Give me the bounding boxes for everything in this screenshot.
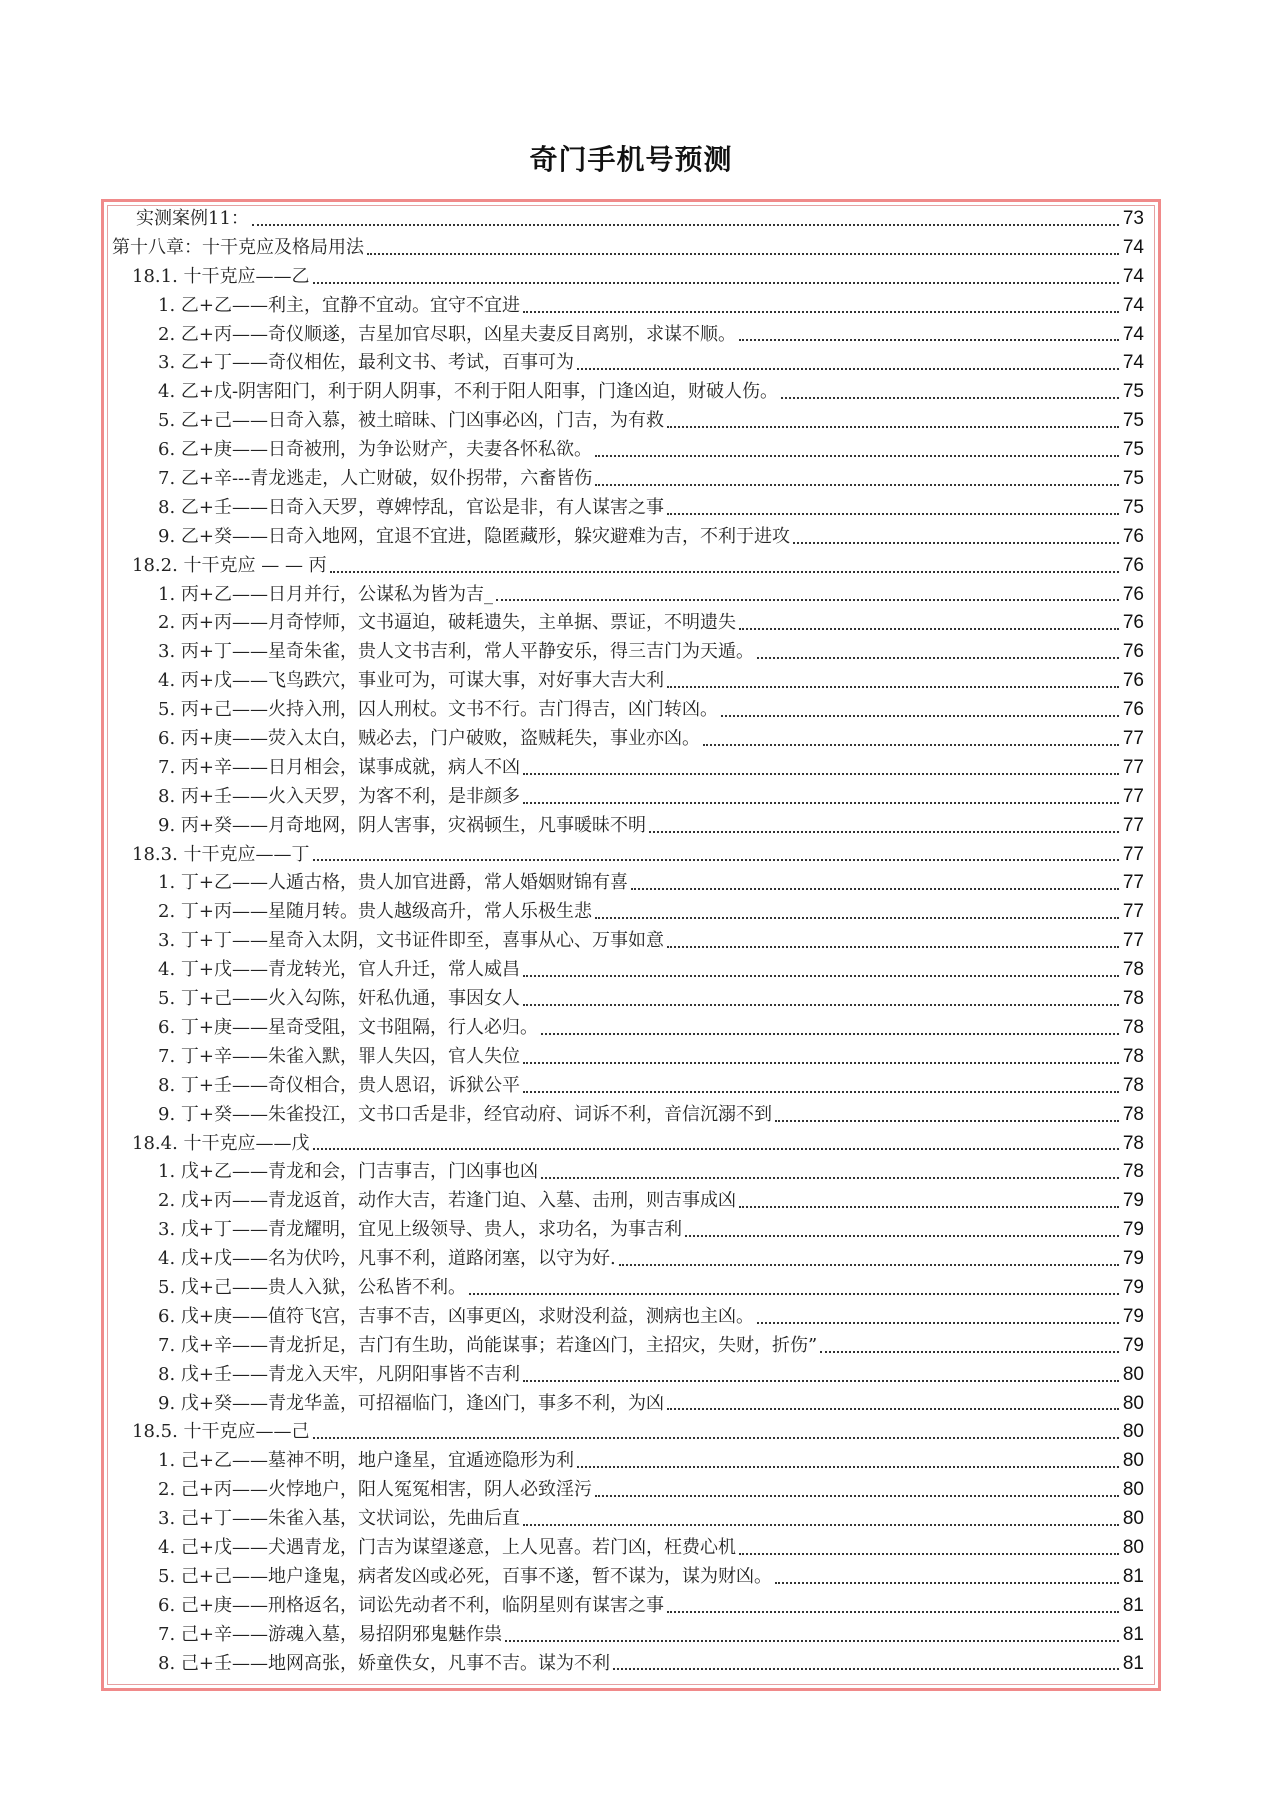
toc-entry-page-number: 77 (1122, 869, 1144, 898)
toc-entry-page-number: 79 (1122, 1274, 1144, 1303)
toc-entry-title: 1. 戊+乙——青龙和会，门吉事吉，门凶事也凶 (158, 1158, 538, 1187)
toc-entry-title: 18.1. 十干克应——乙 (132, 263, 310, 292)
dot-leader (739, 628, 1119, 630)
toc-entry-page-number: 74 (1122, 349, 1144, 378)
dot-leader (667, 1611, 1119, 1613)
toc-entry-page-number: 78 (1122, 985, 1144, 1014)
toc-entry-page-number: 78 (1122, 956, 1144, 985)
toc-entry-title: 2. 戊+丙——青龙返首，动作大吉，若逢门迫、入墓、击刑，则吉事成凶 (158, 1187, 736, 1216)
dot-leader (820, 1351, 1119, 1353)
toc-entry[interactable]: 5. 戊+己——贵人入狱，公私皆不利。 79 (112, 1274, 1144, 1303)
toc-entry-title: 2. 丙+丙——月奇悖师，文书逼迫，破耗遗失，主单据、票证，不明遗失 (158, 609, 736, 638)
dot-leader (781, 397, 1119, 399)
toc-entry-page-number: 75 (1122, 465, 1144, 494)
toc-entry[interactable]: 18.4. 十干克应——戊 78 (112, 1130, 1144, 1159)
toc-entry[interactable]: 2. 戊+丙——青龙返首，动作大吉，若逢门迫、入墓、击刑，则吉事成凶 79 (112, 1187, 1144, 1216)
toc-entry[interactable]: 18.1. 十干克应——乙 74 (112, 263, 1144, 292)
toc-entry[interactable]: 9. 丁+癸——朱雀投江，文书口舌是非，经官动府、词诉不利，音信沉溺不到 78 (112, 1101, 1144, 1130)
toc-entry[interactable]: 3. 乙+丁——奇仪相佐，最利文书、考试，百事可为 74 (112, 349, 1144, 378)
toc-entry[interactable]: 9. 乙+癸——日奇入地网，宜退不宜进，隐匿藏形，躲灾避难为吉，不利于进攻 76 (112, 523, 1144, 552)
toc-entry[interactable]: 2. 己+丙——火悖地户，阳人冤冤相害，阴人必致淫污 80 (112, 1476, 1144, 1505)
dot-leader (367, 253, 1119, 255)
toc-entry[interactable]: 7. 丙+辛——日月相会，谋事成就，病人不凶 77 (112, 754, 1144, 783)
toc-entry-page-number: 81 (1122, 1563, 1144, 1592)
toc-entry-page-number: 80 (1122, 1361, 1144, 1390)
dot-leader (541, 1033, 1119, 1035)
toc-entry[interactable]: 7. 乙+辛---青龙逃走，人亡财破，奴仆拐带，六畜皆伤 75 (112, 465, 1144, 494)
dot-leader (667, 686, 1119, 688)
toc-entry-title: 3. 乙+丁——奇仪相佐，最利文书、考试，百事可为 (158, 349, 574, 378)
toc-entry[interactable]: 8. 丁+壬——奇仪相合，贵人恩诏，诉狱公平 78 (112, 1072, 1144, 1101)
toc-entry-title: 4. 丁+戊——青龙转光，官人升迁，常人威昌 (158, 956, 520, 985)
toc-entry-page-number: 77 (1122, 927, 1144, 956)
toc-entry-title: 1. 丁+乙——人遁古格，贵人加官进爵，常人婚姻财锦有喜 (158, 869, 628, 898)
toc-entry-page-number: 76 (1122, 696, 1144, 725)
dot-leader (469, 1293, 1119, 1295)
toc-entry-title: 6. 丁+庚——星奇受阻，文书阻隔，行人必归。 (158, 1014, 538, 1043)
toc-entry[interactable]: 2. 丁+丙——星随月转。贵人越级高升，常人乐极生悲 77 (112, 898, 1144, 927)
dot-leader (523, 1091, 1119, 1093)
toc-entry-title: 2. 丁+丙——星随月转。贵人越级高升，常人乐极生悲 (158, 898, 592, 927)
dot-leader (757, 1322, 1119, 1324)
toc-entry-title: 5. 丙+己——火持入刑，囚人刑杖。文书不行。吉门得吉，凶门转凶。 (158, 696, 718, 725)
toc-entry-page-number: 78 (1122, 1072, 1144, 1101)
dot-leader (595, 917, 1119, 919)
toc-entry-title: 实测案例11： (136, 205, 249, 234)
toc-entry-page-number: 73 (1122, 205, 1144, 234)
dot-leader (793, 542, 1119, 544)
toc-entry-title: 8. 己+壬——地网高张，娇童佚女，凡事不吉。谋为不利 (158, 1650, 610, 1679)
toc-entry[interactable]: 7. 丁+辛——朱雀入默，罪人失囚，官人失位 78 (112, 1043, 1144, 1072)
toc-entry-title: 18.4. 十干克应——戊 (132, 1130, 310, 1159)
page-title: 奇门手机号预测 (0, 138, 1262, 178)
toc-entry[interactable]: 6. 己+庚——刑格返名，词讼先动者不利，临阴星则有谋害之事 81 (112, 1592, 1144, 1621)
dot-leader (703, 744, 1119, 746)
toc-entry-title: 6. 丙+庚——荧入太白，贼必去，门户破败，盗贼耗失，事业亦凶。 (158, 725, 700, 754)
toc-entry[interactable]: 6. 戊+庚——值符飞宫，吉事不吉，凶事更凶，求财没利益，测病也主凶。 79 (112, 1303, 1144, 1332)
dot-leader (667, 1408, 1119, 1410)
toc-entry-page-number: 77 (1122, 841, 1144, 870)
toc-entry-title: 7. 己+辛——游魂入墓，易招阴邪鬼魅作祟 (158, 1621, 502, 1650)
toc-entry-title: 4. 己+戊——犬遇青龙，门吉为谋望遂意，上人见喜。若门凶，枉费心机 (158, 1534, 736, 1563)
toc-entry-title: 5. 乙+己——日奇入慕，被土暗昧、门凶事必凶，门吉，为有救 (158, 407, 664, 436)
dot-leader (523, 975, 1119, 977)
toc-entry-title: 8. 乙+壬——日奇入天罗，尊婢悖乱，官讼是非，有人谋害之事 (158, 494, 664, 523)
dot-leader (313, 1437, 1119, 1439)
toc-entry-title: 6. 乙+庚——日奇被刑，为争讼财产，夫妻各怀私欲。 (158, 436, 592, 465)
toc-entry[interactable]: 7. 戊+辛——青龙折足，吉门有生助，尚能谋事；若逢凶门，主招灾，失财，折伤” … (112, 1332, 1144, 1361)
toc-entry[interactable]: 8. 戊+壬——青龙入天牢，凡阴阳事皆不吉利 80 (112, 1361, 1144, 1390)
toc-entry[interactable]: 5. 乙+己——日奇入慕，被土暗昧、门凶事必凶，门吉，为有救 75 (112, 407, 1144, 436)
toc-entry-page-number: 79 (1122, 1303, 1144, 1332)
toc-entry-title: 2. 乙+丙——奇仪顺遂，吉星加官尽职，凶星夫妻反目离别，求谋不顺。 (158, 321, 736, 350)
dot-leader (523, 1004, 1119, 1006)
dot-leader (595, 1495, 1119, 1497)
toc-entry-title: 9. 乙+癸——日奇入地网，宜退不宜进，隐匿藏形，躲灾避难为吉，不利于进攻 (158, 523, 790, 552)
dot-leader (496, 599, 1119, 601)
toc-entry-page-number: 74 (1122, 234, 1144, 263)
toc-entry-title: 1. 己+乙——墓神不明，地户逢星，宜遁迹隐形为利 (158, 1447, 574, 1476)
dot-leader (667, 426, 1119, 428)
toc-entry[interactable]: 4. 戊+戊——名为伏吟，凡事不利，道路闭塞，以守为好. 79 (112, 1245, 1144, 1274)
toc-entry[interactable]: 2. 丙+丙——月奇悖师，文书逼迫，破耗遗失，主单据、票证，不明遗失 76 (112, 609, 1144, 638)
toc-entry-title: 4. 乙+戊-阴害阳门，利于阴人阴事，不利于阳人阳事，门逢凶迫，财破人伤。 (158, 378, 778, 407)
toc-entry-page-number: 74 (1122, 263, 1144, 292)
toc-entry[interactable]: 5. 丁+己——火入勾陈，奸私仇通，事因女人 78 (112, 985, 1144, 1014)
toc-entry[interactable]: 18.3. 十干克应——丁 77 (112, 841, 1144, 870)
toc-entry-page-number: 80 (1122, 1505, 1144, 1534)
dot-leader (739, 339, 1119, 341)
dot-leader (739, 1553, 1119, 1555)
table-of-contents-frame: 实测案例11： 73 第十八章：十干克应及格局用法 74 18.1. 十干克应—… (101, 199, 1161, 1691)
toc-entry-page-number: 80 (1122, 1534, 1144, 1563)
toc-entry-page-number: 77 (1122, 812, 1144, 841)
toc-entry-page-number: 77 (1122, 783, 1144, 812)
toc-entry[interactable]: 3. 丙+丁——星奇朱雀，贵人文书吉利，常人平静安乐，得三吉门为天遁。 76 (112, 638, 1144, 667)
toc-entry-page-number: 78 (1122, 1130, 1144, 1159)
dot-leader (577, 368, 1119, 370)
toc-entry[interactable]: 9. 戊+癸——青龙华盖，可招福临门，逢凶门，事多不利，为凶 80 (112, 1390, 1144, 1419)
toc-entry[interactable]: 8. 丙+壬——火入天罗，为客不利，是非颜多 77 (112, 783, 1144, 812)
dot-leader (541, 1177, 1119, 1179)
toc-entry[interactable]: 3. 己+丁——朱雀入基，文状词讼，先曲后直 80 (112, 1505, 1144, 1534)
toc-entry[interactable]: 2. 乙+丙——奇仪顺遂，吉星加官尽职，凶星夫妻反目离别，求谋不顺。 74 (112, 321, 1144, 350)
dot-leader (667, 946, 1119, 948)
toc-entry[interactable]: 6. 丁+庚——星奇受阻，文书阻隔，行人必归。 78 (112, 1014, 1144, 1043)
dot-leader (313, 1148, 1119, 1150)
toc-entry-page-number: 81 (1122, 1621, 1144, 1650)
toc-entry-title: 9. 戊+癸——青龙华盖，可招福临门，逢凶门，事多不利，为凶 (158, 1390, 664, 1419)
toc-entry-title: 9. 丁+癸——朱雀投江，文书口舌是非，经官动府、词诉不利，音信沉溺不到 (158, 1101, 772, 1130)
toc-entry[interactable]: 18.5. 十干克应——己 80 (112, 1418, 1144, 1447)
toc-entry-page-number: 77 (1122, 725, 1144, 754)
toc-entry-title: 2. 己+丙——火悖地户，阳人冤冤相害，阴人必致淫污 (158, 1476, 592, 1505)
toc-entry[interactable]: 4. 己+戊——犬遇青龙，门吉为谋望遂意，上人见喜。若门凶，枉费心机 80 (112, 1534, 1144, 1563)
dot-leader (619, 1264, 1119, 1266)
toc-entry-title: 3. 丙+丁——星奇朱雀，贵人文书吉利，常人平静安乐，得三吉门为天遁。 (158, 638, 754, 667)
toc-entry-title: 3. 丁+丁——星奇入太阴，文书证件即至，喜事从心、万事如意 (158, 927, 664, 956)
dot-leader (757, 657, 1119, 659)
toc-entry-page-number: 74 (1122, 321, 1144, 350)
toc-entry[interactable]: 18.2. 十干克应 — — 丙 76 (112, 552, 1144, 581)
toc-entry[interactable]: 4. 丁+戊——青龙转光，官人升迁，常人威昌 78 (112, 956, 1144, 985)
toc-entry-page-number: 75 (1122, 436, 1144, 465)
toc-entry[interactable]: 第十八章：十干克应及格局用法 74 (112, 234, 1144, 263)
dot-leader (577, 1466, 1119, 1468)
toc-entry-title: 3. 己+丁——朱雀入基，文状词讼，先曲后直 (158, 1505, 520, 1534)
toc-entry[interactable]: 6. 丙+庚——荧入太白，贼必去，门户破败，盗贼耗失，事业亦凶。 77 (112, 725, 1144, 754)
dot-leader (330, 571, 1119, 573)
toc-entry[interactable]: 9. 丙+癸——月奇地网，阴人害事，灾祸顿生，凡事暖昧不明 77 (112, 812, 1144, 841)
toc-entry-title: 8. 戊+壬——青龙入天牢，凡阴阳事皆不吉利 (158, 1361, 520, 1390)
dot-leader (523, 311, 1119, 313)
toc-entry[interactable]: 1. 乙+乙——利主，宜静不宜动。宜守不宜进 74 (112, 292, 1144, 321)
toc-entry-title: 4. 丙+戊——飞鸟跌穴，事业可为，可谋大事，对好事大吉大利 (158, 667, 664, 696)
toc-entry-title: 6. 己+庚——刑格返名，词讼先动者不利，临阴星则有谋害之事 (158, 1592, 664, 1621)
toc-entry-page-number: 79 (1122, 1187, 1144, 1216)
toc-entry[interactable]: 1. 戊+乙——青龙和会，门吉事吉，门凶事也凶 78 (112, 1158, 1144, 1187)
toc-entry-page-number: 79 (1122, 1245, 1144, 1274)
toc-entry-title: 18.3. 十干克应——丁 (132, 841, 310, 870)
toc-entry-title: 4. 戊+戊——名为伏吟，凡事不利，道路闭塞，以守为好. (158, 1245, 616, 1274)
toc-entry-title: 5. 戊+己——贵人入狱，公私皆不利。 (158, 1274, 466, 1303)
toc-entry[interactable]: 7. 己+辛——游魂入墓，易招阴邪鬼魅作祟 81 (112, 1621, 1144, 1650)
toc-entry[interactable]: 3. 戊+丁——青龙耀明，宜见上级领导、贵人，求功名，为事吉利 79 (112, 1216, 1144, 1245)
toc-entry-page-number: 79 (1122, 1216, 1144, 1245)
dot-leader (523, 773, 1119, 775)
toc-entry-page-number: 79 (1122, 1332, 1144, 1361)
dot-leader (613, 1668, 1119, 1670)
toc-entry-title: 7. 丁+辛——朱雀入默，罪人失囚，官人失位 (158, 1043, 520, 1072)
toc-entry[interactable]: 5. 己+己——地户逢鬼，病者发凶或必死，百事不遂，暂不谋为，谋为财凶。 81 (112, 1563, 1144, 1592)
toc-entry-title: 1. 丙+乙——日月并行，公谋私为皆为吉_ (158, 581, 493, 610)
dot-leader (313, 859, 1119, 861)
toc-entry-title: 3. 戊+丁——青龙耀明，宜见上级领导、贵人，求功名，为事吉利 (158, 1216, 682, 1245)
toc-entry[interactable]: 实测案例11： 73 (112, 205, 1144, 234)
toc-entry-page-number: 80 (1122, 1390, 1144, 1419)
dot-leader (739, 1206, 1119, 1208)
dot-leader (595, 455, 1119, 457)
toc-entry[interactable]: 5. 丙+己——火持入刑，囚人刑杖。文书不行。吉门得吉，凶门转凶。 76 (112, 696, 1144, 725)
toc-entry-page-number: 78 (1122, 1014, 1144, 1043)
toc-entry-page-number: 81 (1122, 1650, 1144, 1679)
toc-entry-page-number: 76 (1122, 638, 1144, 667)
toc-entry[interactable]: 3. 丁+丁——星奇入太阴，文书证件即至，喜事从心、万事如意 77 (112, 927, 1144, 956)
toc-entry-title: 18.5. 十干克应——己 (132, 1418, 310, 1447)
dot-leader (523, 1380, 1119, 1382)
dot-leader (523, 1062, 1119, 1064)
dot-leader (649, 831, 1119, 833)
dot-leader (775, 1120, 1119, 1122)
dot-leader (313, 282, 1119, 284)
toc-entry-page-number: 81 (1122, 1592, 1144, 1621)
toc-entry[interactable]: 1. 己+乙——墓神不明，地户逢星，宜遁迹隐形为利 80 (112, 1447, 1144, 1476)
dot-leader (523, 1524, 1119, 1526)
toc-entry-page-number: 77 (1122, 898, 1144, 927)
toc-entry-page-number: 80 (1122, 1418, 1144, 1447)
toc-entry[interactable]: 8. 己+壬——地网高张，娇童佚女，凡事不吉。谋为不利 81 (112, 1650, 1144, 1679)
toc-entry-title: 8. 丙+壬——火入天罗，为客不利，是非颜多 (158, 783, 520, 812)
toc-entry[interactable]: 8. 乙+壬——日奇入天罗，尊婢悖乱，官讼是非，有人谋害之事 75 (112, 494, 1144, 523)
toc-entry-page-number: 80 (1122, 1447, 1144, 1476)
toc-entry-title: 1. 乙+乙——利主，宜静不宜动。宜守不宜进 (158, 292, 520, 321)
toc-entry[interactable]: 6. 乙+庚——日奇被刑，为争讼财产，夫妻各怀私欲。 75 (112, 436, 1144, 465)
toc-entry-page-number: 76 (1122, 552, 1144, 581)
toc-entry-page-number: 80 (1122, 1476, 1144, 1505)
toc-entry[interactable]: 4. 乙+戊-阴害阳门，利于阴人阴事，不利于阳人阳事，门逢凶迫，财破人伤。 75 (112, 378, 1144, 407)
toc-entry-title: 5. 己+己——地户逢鬼，病者发凶或必死，百事不遂，暂不谋为，谋为财凶。 (158, 1563, 772, 1592)
dot-leader (667, 513, 1119, 515)
toc-entry-title: 8. 丁+壬——奇仪相合，贵人恩诏，诉狱公平 (158, 1072, 520, 1101)
dot-leader (505, 1640, 1119, 1642)
dot-leader (252, 224, 1119, 226)
toc-entry-title: 7. 乙+辛---青龙逃走，人亡财破，奴仆拐带，六畜皆伤 (158, 465, 592, 494)
toc-entry-title: 18.2. 十干克应 — — 丙 (132, 552, 327, 581)
dot-leader (721, 715, 1119, 717)
toc-entry[interactable]: 1. 丙+乙——日月并行，公谋私为皆为吉_ 76 (112, 581, 1144, 610)
toc-entry[interactable]: 1. 丁+乙——人遁古格，贵人加官进爵，常人婚姻财锦有喜 77 (112, 869, 1144, 898)
toc-entry-page-number: 76 (1122, 609, 1144, 638)
toc-entry-title: 7. 戊+辛——青龙折足，吉门有生助，尚能谋事；若逢凶门，主招灾，失财，折伤” (158, 1332, 817, 1361)
dot-leader (775, 1582, 1119, 1584)
toc-entry-page-number: 77 (1122, 754, 1144, 783)
toc-entry[interactable]: 4. 丙+戊——飞鸟跌穴，事业可为，可谋大事，对好事大吉大利 76 (112, 667, 1144, 696)
toc-entry-title: 5. 丁+己——火入勾陈，奸私仇通，事因女人 (158, 985, 520, 1014)
dot-leader (523, 802, 1119, 804)
toc-entry-title: 6. 戊+庚——值符飞宫，吉事不吉，凶事更凶，求财没利益，测病也主凶。 (158, 1303, 754, 1332)
dot-leader (685, 1235, 1119, 1237)
toc-entry-page-number: 76 (1122, 523, 1144, 552)
toc-entry-page-number: 78 (1122, 1043, 1144, 1072)
toc-entry-page-number: 76 (1122, 667, 1144, 696)
dot-leader (631, 888, 1119, 890)
toc-entry-page-number: 74 (1122, 292, 1144, 321)
toc-entry-title: 7. 丙+辛——日月相会，谋事成就，病人不凶 (158, 754, 520, 783)
toc-entry-page-number: 78 (1122, 1158, 1144, 1187)
toc-entry-title: 第十八章：十干克应及格局用法 (112, 234, 364, 263)
toc-list: 实测案例11： 73 第十八章：十干克应及格局用法 74 18.1. 十干克应—… (112, 205, 1144, 1678)
toc-entry-page-number: 75 (1122, 378, 1144, 407)
toc-entry-title: 9. 丙+癸——月奇地网，阴人害事，灾祸顿生，凡事暖昧不明 (158, 812, 646, 841)
toc-entry-page-number: 75 (1122, 494, 1144, 523)
toc-entry-page-number: 76 (1122, 581, 1144, 610)
toc-entry-page-number: 78 (1122, 1101, 1144, 1130)
dot-leader (595, 484, 1119, 486)
toc-entry-page-number: 75 (1122, 407, 1144, 436)
